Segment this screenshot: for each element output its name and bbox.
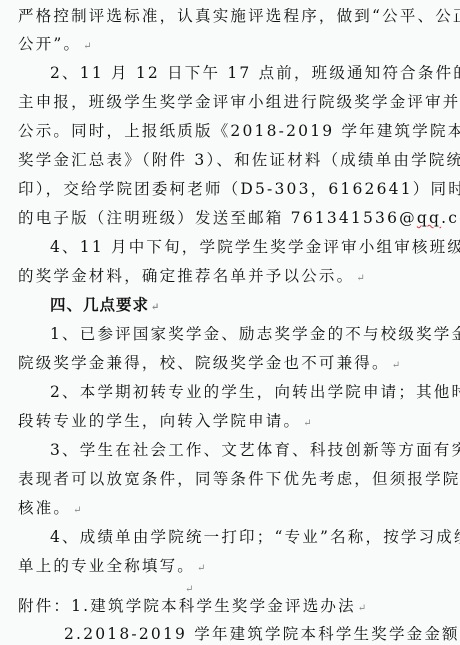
text: 的奖学金材料，确定推荐名单并予以公示。: [18, 267, 354, 285]
text-line: 核准。↵: [18, 498, 442, 521]
text: 段转专业的学生，向转入学院申请。: [18, 412, 301, 430]
text: 印），交给学院团委柯老师（D5-303，6162641）同时将汇总表: [18, 180, 460, 198]
paragraph-mark-icon: ↵: [358, 603, 366, 614]
text-line: 1、已参评国家奖学金、励志奖学金的不与校级奖学金、: [50, 324, 442, 344]
attachment-item: 2.2018-2019 学年建筑学院本科学生奖学金金额、名额: [64, 625, 460, 643]
text-line: 严格控制评选标准，认真实施评选程序，做到“公平、公正、: [18, 6, 442, 26]
text: 公开”。: [18, 35, 81, 53]
text: .com。: [441, 209, 460, 227]
text-line: 3、学生在社会工作、文艺体育、科技创新等方面有突出: [50, 440, 442, 460]
text: 表现者可以放宽条件，同等条件下优先考虑，但须报学院团委: [18, 470, 460, 488]
text: 1、已参评国家奖学金、励志奖学金的不与校级奖学金、: [50, 325, 460, 343]
text: 奖学金汇总表》（附件 3）、和佐证材料（成绩单由学院统一打: [18, 151, 460, 169]
text: 3、学生在社会工作、文艺体育、科技创新等方面有突出: [50, 441, 460, 459]
text: 的电子版（注明班级）发送至邮箱 761341536@: [18, 209, 417, 227]
text-line: 4、11 月中下旬，学院学生奖学金评审小组审核班级上交: [50, 237, 442, 257]
text-line: 公开”。↵: [18, 34, 442, 57]
text: 4、成绩单由学院统一打印；“专业”名称，按学习成绩: [50, 528, 460, 546]
text-line: 主申报，班级学生奖学金评审小组进行院级奖学金评审并予以: [18, 92, 442, 112]
text-line: 的电子版（注明班级）发送至邮箱 761341536@qq.com。↵: [18, 208, 442, 231]
text: 4、11 月中下旬，学院学生奖学金评审小组审核班级上交: [50, 238, 460, 256]
paragraph-mark-icon: ↵: [185, 584, 193, 595]
text: 院级奖学金兼得，校、院级奖学金也不可兼得。: [18, 354, 390, 372]
attachment-item: 附件：1.建筑学院本科学生奖学金评选办法: [18, 597, 356, 615]
paragraph-mark-icon: ↵: [356, 273, 364, 284]
text-line: 2.2018-2019 学年建筑学院本科学生奖学金金额、名额: [64, 624, 442, 644]
text-line: 的奖学金材料，确定推荐名单并予以公示。↵: [18, 266, 442, 289]
text-line: 单上的专业全称填写。↵: [18, 556, 442, 579]
text-line: 公示。同时，上报纸质版《2018-2019 学年建筑学院本科学生: [18, 121, 442, 141]
text-line: 4、成绩单由学院统一打印；“专业”名称，按学习成绩: [50, 527, 442, 547]
text-line: 2、本学期初转专业的学生，向转出学院申请；其他时间: [50, 382, 442, 402]
paragraph-mark-icon: ↵: [303, 418, 311, 429]
text: 主申报，班级学生奖学金评审小组进行院级奖学金评审并予以: [18, 93, 460, 111]
text: 严格控制评选标准，认真实施评选程序，做到“公平、公正、: [18, 7, 460, 25]
document-page: 严格控制评选标准，认真实施评选程序，做到“公平、公正、 公开”。↵ 2、11 月…: [0, 0, 460, 645]
paragraph-mark-icon: ↵: [151, 302, 159, 313]
heading-text: 四、几点要求: [50, 295, 149, 314]
text-line: 段转专业的学生，向转入学院申请。↵: [18, 411, 442, 434]
text: 公示。同时，上报纸质版《2018-2019 学年建筑学院本科学生: [18, 122, 460, 140]
paragraph-mark-icon: ↵: [83, 41, 91, 52]
paragraph-mark-icon: ↵: [392, 360, 400, 371]
text-line: 院级奖学金兼得，校、院级奖学金也不可兼得。↵: [18, 353, 442, 376]
section-heading: 四、几点要求↵: [50, 295, 442, 318]
paragraph-mark-icon: ↵: [197, 563, 205, 574]
text: 2、11 月 12 日下午 17 点前，班级通知符合条件的同学自: [50, 64, 460, 82]
text: 2、本学期初转专业的学生，向转出学院申请；其他时间: [50, 383, 460, 401]
text-line: 奖学金汇总表》（附件 3）、和佐证材料（成绩单由学院统一打: [18, 150, 442, 170]
text-line: 附件：1.建筑学院本科学生奖学金评选办法↵: [18, 596, 442, 619]
spellcheck-flagged-word[interactable]: qq: [417, 209, 441, 227]
text-line: 表现者可以放宽条件，同等条件下优先考虑，但须报学院团委: [18, 469, 442, 489]
text-line: 印），交给学院团委柯老师（D5-303，6162641）同时将汇总表: [18, 179, 442, 199]
text: 核准。: [18, 499, 71, 517]
text: 单上的专业全称填写。: [18, 557, 195, 575]
paragraph-mark-icon: ↵: [73, 505, 81, 516]
text-line: 2、11 月 12 日下午 17 点前，班级通知符合条件的同学自: [50, 63, 442, 83]
